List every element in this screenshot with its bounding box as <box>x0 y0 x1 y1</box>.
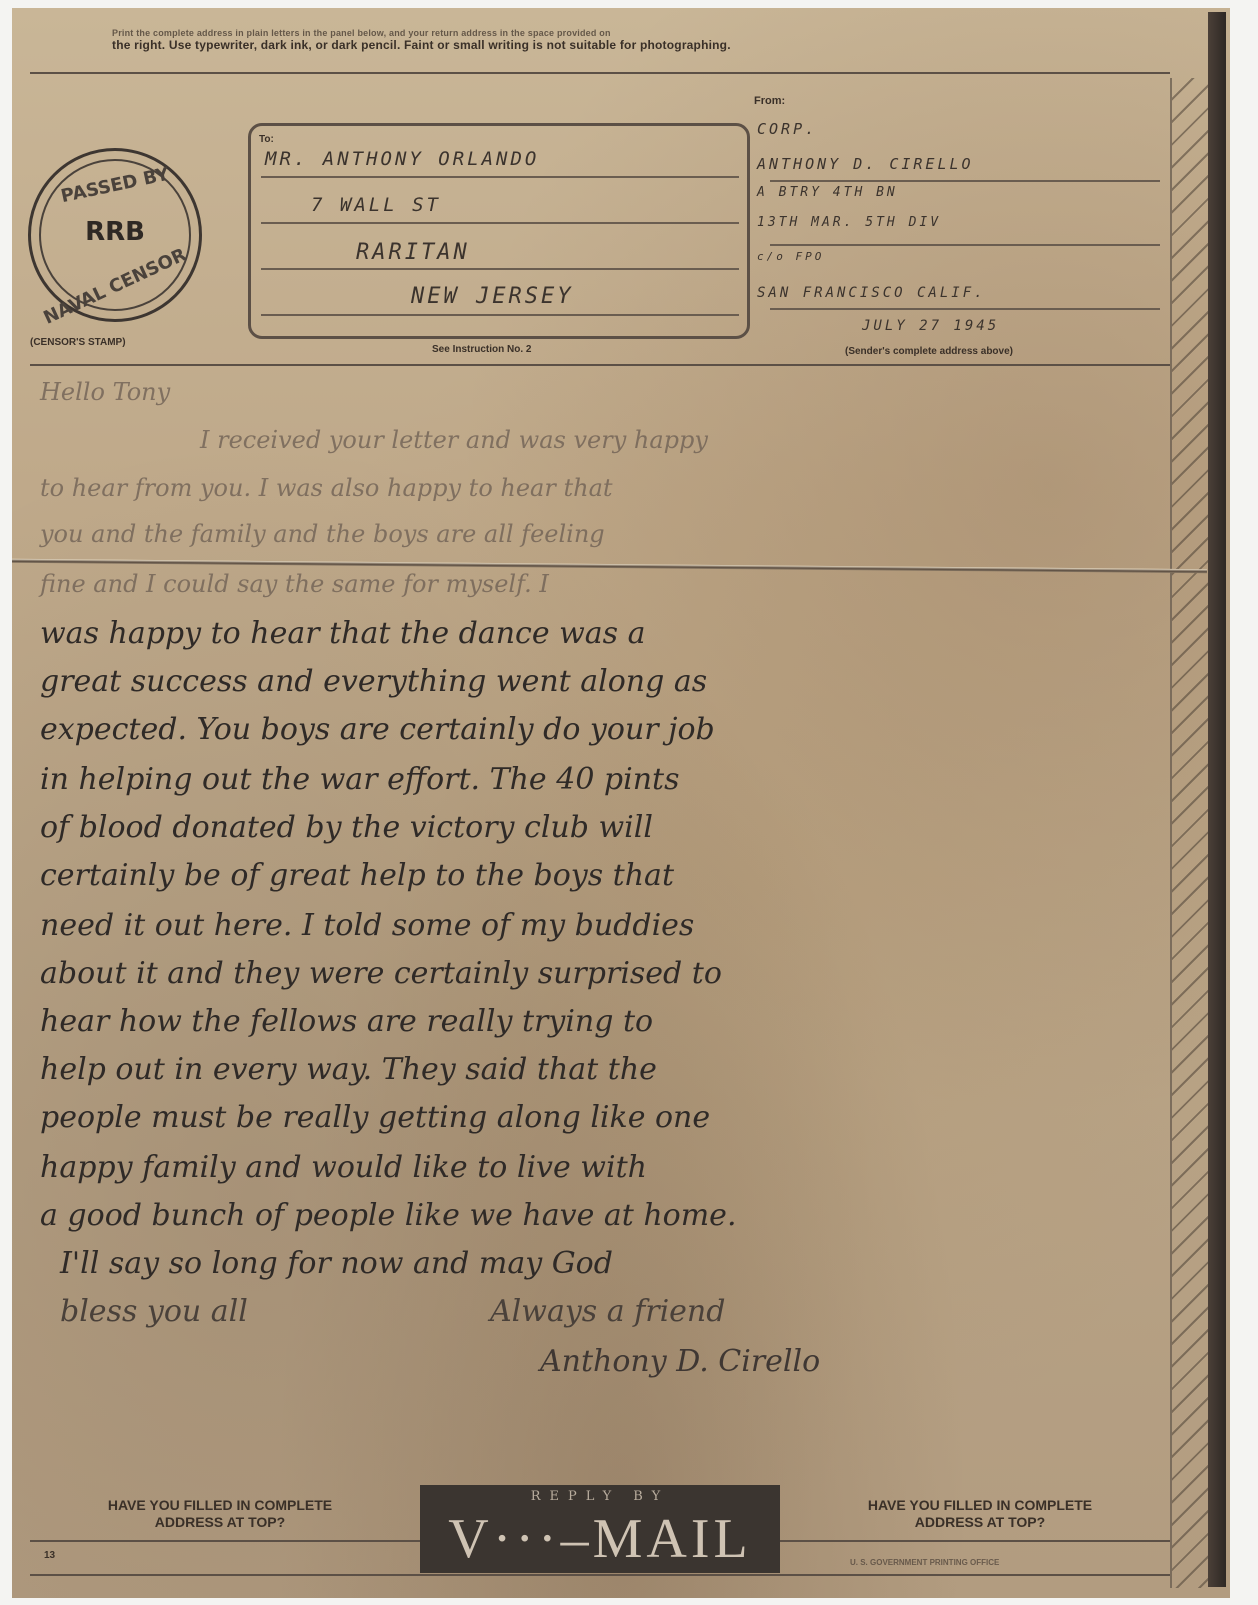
address-rule-1 <box>261 176 739 178</box>
address-section-divider <box>30 364 1170 366</box>
letter-line: a good bunch of people like we have at h… <box>40 1198 736 1233</box>
sender-unit-2: 13TH MAR. 5TH DIV <box>757 215 941 230</box>
greeting: Hello Tony <box>40 378 170 406</box>
from-rule-2 <box>770 244 1160 246</box>
scan-edge-shadow <box>1208 12 1226 1587</box>
letter-line: bless you all <box>60 1294 248 1329</box>
from-rule-3 <box>770 308 1160 310</box>
letter-line: certainly be of great help to the boys t… <box>40 858 674 893</box>
address-rule-3 <box>261 268 739 270</box>
letter-line: help out in every way. They said that th… <box>40 1052 657 1087</box>
form-page-number: 13 <box>44 1550 55 1561</box>
letter-line: people must be really getting along like… <box>40 1100 710 1135</box>
letter-line: I'll say so long for now and may God <box>60 1246 613 1281</box>
stamp-code: RRB <box>31 217 199 247</box>
recipient-state: NEW JERSEY <box>411 284 573 309</box>
letter-line: to hear from you. I was also happy to he… <box>40 474 613 502</box>
sender-unit-1: A BTRY 4TH BN <box>757 185 898 200</box>
footer-bottom-rule <box>30 1574 1170 1576</box>
sender-rank: CORP. <box>757 120 817 138</box>
letter-line: need it out here. I told some of my budd… <box>40 908 694 943</box>
letter-line: great success and everything went along … <box>40 664 707 699</box>
letter-line: hear how the fellows are really trying t… <box>40 1004 653 1039</box>
reply-by-vmail-banner: REPLY BY V···–MAIL <box>420 1485 780 1573</box>
address-prompt-left: HAVE YOU FILLED IN COMPLETE ADDRESS AT T… <box>70 1497 370 1531</box>
letter-line: expected. You boys are certainly do your… <box>40 712 715 747</box>
footer-rule-right <box>780 1540 1170 1542</box>
sender-city: SAN FRANCISCO CALIF. <box>757 285 986 301</box>
footer-rule-left <box>30 1540 420 1542</box>
letter-date: JULY 27 1945 <box>862 318 999 334</box>
header-divider <box>30 72 1170 74</box>
address-rule-4 <box>261 314 739 316</box>
letter-line: about it and they were certainly surpris… <box>40 956 722 991</box>
letter-line: happy family and would like to live with <box>40 1150 647 1185</box>
letter-signature: Anthony D. Cirello <box>540 1344 820 1379</box>
censor-stamp-label: (CENSOR'S STAMP) <box>30 337 126 348</box>
letter-line: you and the family and the boys are all … <box>40 520 605 548</box>
letter-line: fine and I could say the same for myself… <box>40 570 549 598</box>
letter-line: I received your letter and was very happ… <box>200 426 708 454</box>
hatched-margin <box>1170 78 1208 1588</box>
address-rule-2 <box>261 222 739 224</box>
from-rule-1 <box>770 180 1160 182</box>
letter-line: of blood donated by the victory club wil… <box>40 810 653 845</box>
prompt-line-1: HAVE YOU FILLED IN COMPLETE <box>70 1497 370 1514</box>
form-instructions: Print the complete address in plain lett… <box>112 28 1112 52</box>
address-prompt-right: HAVE YOU FILLED IN COMPLETE ADDRESS AT T… <box>830 1497 1130 1531</box>
vmail-logo: V···–MAIL <box>420 1507 780 1571</box>
to-label: To: <box>259 134 274 145</box>
reply-by-text: REPLY BY <box>420 1489 780 1504</box>
instruction-line-2: the right. Use typewriter, dark ink, or … <box>112 38 1112 52</box>
letter-line: in helping out the war effort. The 40 pi… <box>40 762 680 797</box>
letter-line: was happy to hear that the dance was a <box>40 616 646 651</box>
recipient-city: RARITAN <box>356 240 470 265</box>
recipient-street: 7 WALL ST <box>311 194 441 216</box>
from-label: From: <box>754 95 785 107</box>
sender-address-note: (Sender's complete address above) <box>845 346 1013 357</box>
naval-censor-stamp: PASSED BY RRB NAVAL CENSOR <box>28 148 202 322</box>
printer-imprint: U. S. GOVERNMENT PRINTING OFFICE <box>850 1558 999 1567</box>
recipient-name: MR. ANTHONY ORLANDO <box>265 148 539 170</box>
instruction-line-1: Print the complete address in plain lett… <box>112 28 1112 38</box>
prompt-line-2: ADDRESS AT TOP? <box>830 1514 1130 1531</box>
prompt-line-2: ADDRESS AT TOP? <box>70 1514 370 1531</box>
prompt-line-1: HAVE YOU FILLED IN COMPLETE <box>830 1497 1130 1514</box>
sender-name: ANTHONY D. CIRELLO <box>757 155 974 173</box>
sender-po: c/o FPO <box>757 250 824 263</box>
see-instruction-note: See Instruction No. 2 <box>432 344 531 355</box>
recipient-address-box: To: MR. ANTHONY ORLANDO 7 WALL ST RARITA… <box>248 123 750 339</box>
letter-closing: Always a friend <box>490 1294 725 1329</box>
